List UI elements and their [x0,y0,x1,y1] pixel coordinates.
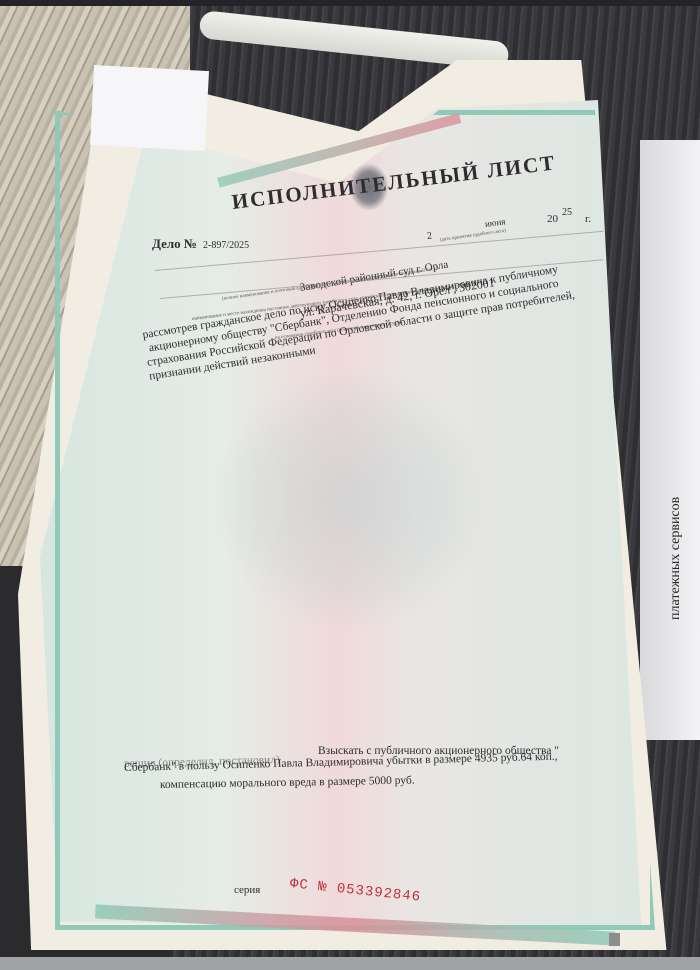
date-year: 25 [562,207,572,218]
side-document-text: платежных сервисов [668,420,698,620]
case-label: Дело № [152,236,197,252]
case-number: 2-897/2025 [203,240,249,251]
series-prefix: ФС [289,876,309,894]
series-label: серия [234,884,260,896]
date-year-prefix: 20 [547,213,558,225]
series-number-sign: № [317,879,328,896]
bottom-bar [0,957,700,970]
date-year-suffix: г. [585,213,591,225]
sticky-tab [90,65,209,151]
watermark-emblem-icon [215,370,485,630]
qr-code-icon [609,933,620,946]
